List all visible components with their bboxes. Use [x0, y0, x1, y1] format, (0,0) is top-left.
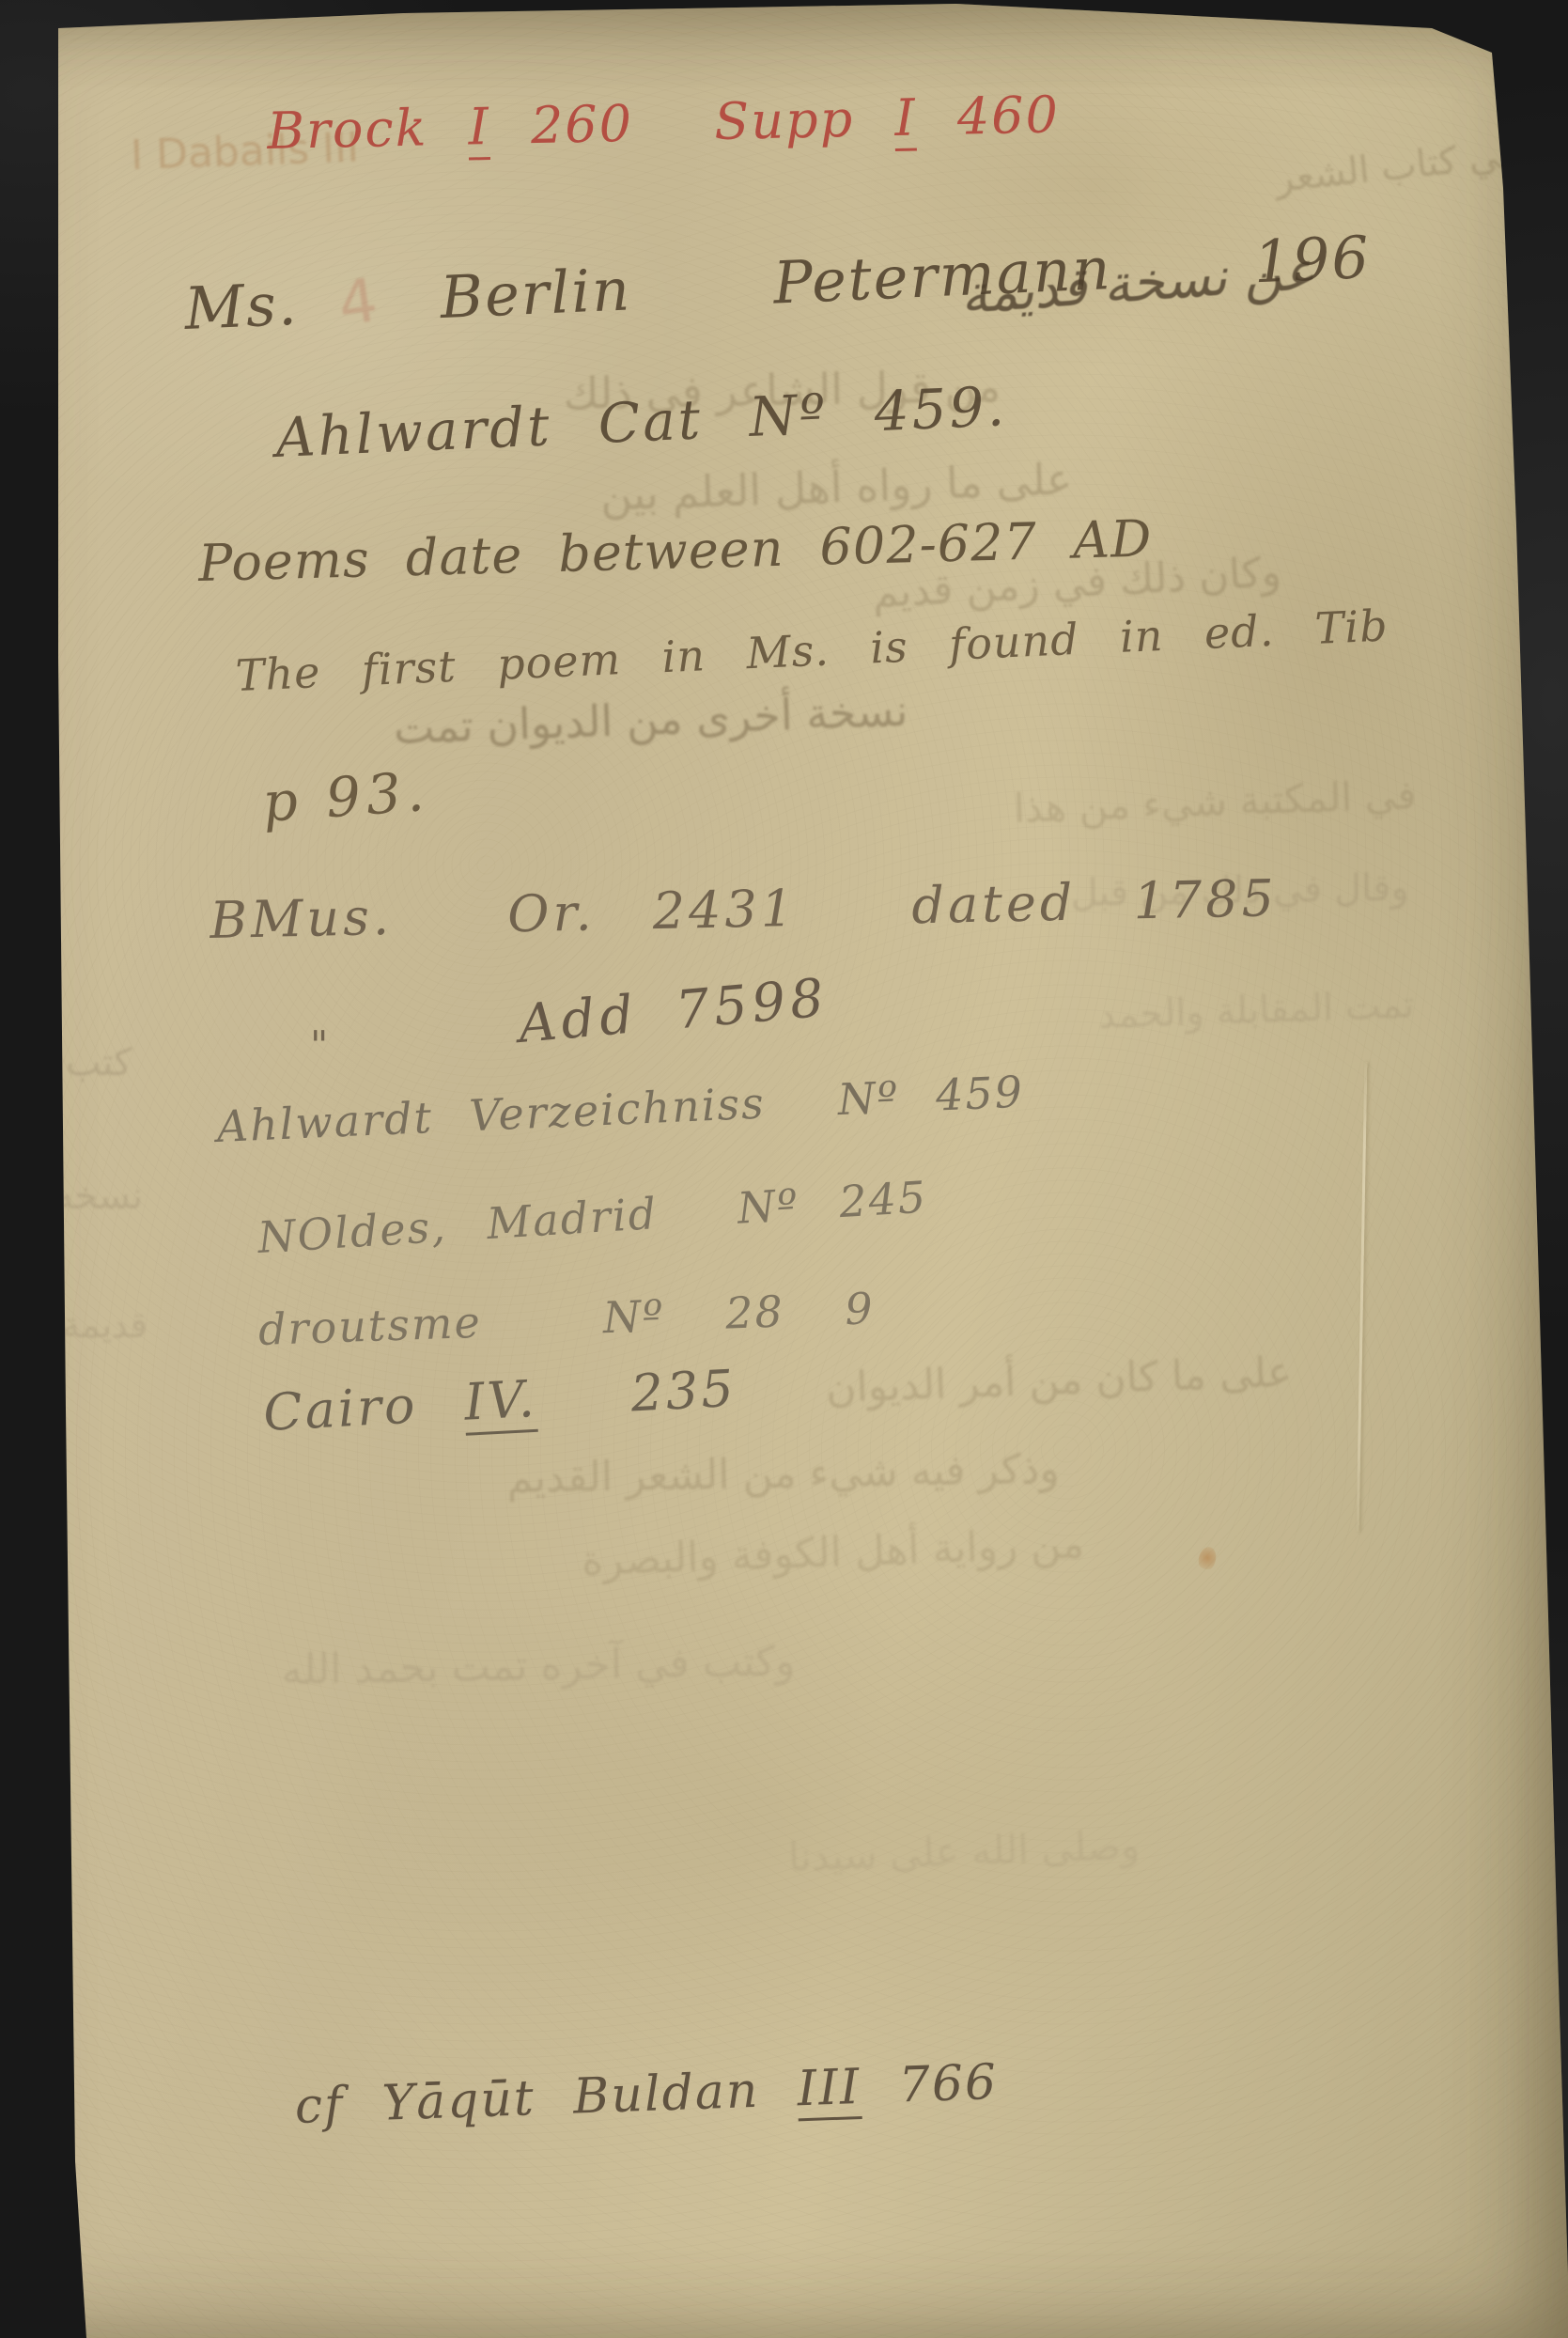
bleedthrough-ghost-text: قديمة — [62, 1304, 147, 1346]
scanner-background: I Dabails IIIوقد ذكر في كتاب الشعر4من قو… — [0, 0, 1568, 2338]
bleedthrough-ghost-text: في المكتبة شيء من هذا — [1013, 772, 1417, 832]
bleedthrough-ghost-text: وذكر فيه شيء من الشعر القديم — [506, 1445, 1060, 1503]
red-note-part: Brock — [267, 98, 469, 161]
manuscript-note-page: I Dabails IIIوقد ذكر في كتاب الشعر4من قو… — [0, 0, 1568, 2338]
poems-date-line: Poems date between 602-627 AD — [197, 508, 1153, 593]
bleedthrough-ghost-text: على ما كان من أمر الديوان — [825, 1348, 1293, 1412]
roman-numeral-underlined: III — [797, 2059, 862, 2121]
add-shelfmark-line: Add 7598 — [516, 967, 831, 1055]
red-note-part: 260 Supp — [489, 88, 895, 156]
madrid-reference-line: NOldes, Madrid Nº 245 — [256, 1172, 929, 1263]
ahlwardt-catalog-line: Ahlwardt Cat Nº 459. — [274, 374, 1008, 470]
bleedthrough-ghost-text: نسخه — [54, 1175, 143, 1218]
cairo-part: Cairo — [262, 1373, 466, 1442]
bleedthrough-ghost-text: وصلى الله على سيدنا — [787, 1822, 1141, 1880]
faint-reference-line: droutsme Nº 28 9 — [257, 1283, 875, 1355]
verzeichniss-line: Ahlwardt Verzeichniss Nº 459 — [216, 1067, 1025, 1152]
yaqut-reference-line: cf Yāqūt Buldan III 766 — [294, 2054, 999, 2135]
bleedthrough-ghost-text: تمت المقابلة والحمد — [1097, 983, 1415, 1037]
cairo-part: 235 — [536, 1359, 737, 1428]
bleedthrough-ghost-text: على ما رواه أهل العلم بين — [599, 453, 1073, 521]
bleedthrough-ghost-text: وقد ذكر في كتاب الشعر — [1273, 118, 1568, 201]
rust-stain — [1196, 1545, 1219, 1573]
roman-numeral-underlined: I — [894, 88, 918, 151]
first-poem-note-line: The first poem in Ms. is found in ed. Ti… — [235, 600, 1389, 701]
bleedthrough-ghost-text: من رواية أهل الكوفة والبصرة — [581, 1520, 1085, 1585]
ditto-mark: " — [310, 1022, 328, 1068]
cairo-reference-line: Cairo IV. 235 — [262, 1359, 737, 1442]
yaqut-part: cf Yāqūt Buldan — [294, 2061, 799, 2135]
red-catalog-note: Brock I 260 Supp I 460 — [267, 85, 1061, 161]
bleedthrough-ghost-text: كتب — [66, 1041, 132, 1084]
roman-numeral-underlined: IV. — [463, 1369, 538, 1436]
bleedthrough-ghost-text: نسخة أخرى من الديوان تمت — [393, 685, 908, 754]
roman-numeral-underlined: I — [468, 97, 491, 160]
bleedthrough-ghost-text: وكتب في آخره تمت بحمد الله — [281, 1637, 796, 1694]
paper-texture — [0, 0, 1568, 2338]
yaqut-part: 766 — [860, 2054, 999, 2115]
british-museum-line: BMus. Or. 2431 dated 1785 — [210, 868, 1279, 950]
paper-crease — [1357, 1062, 1368, 1532]
page-reference-line: p 93. — [260, 759, 431, 834]
red-note-part: 460 — [916, 85, 1061, 147]
